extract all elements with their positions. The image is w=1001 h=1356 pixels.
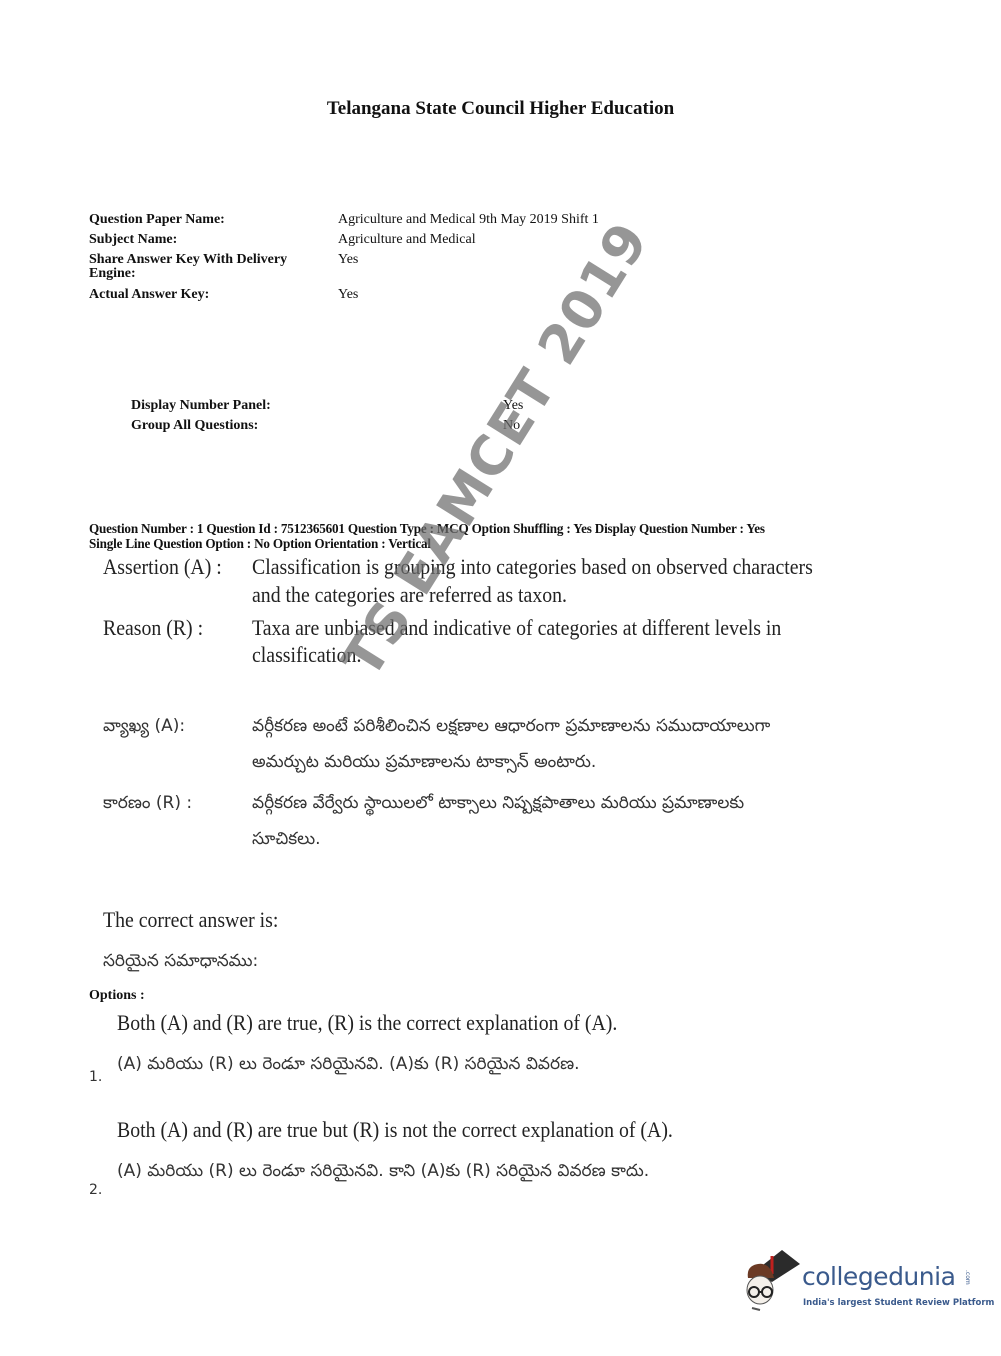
group-all-questions-label: Group All Questions: — [131, 418, 258, 433]
collegedunia-logo: collegedunia .com India's largest Studen… — [742, 1248, 972, 1318]
te-reason-label: కారణం (R) : — [103, 785, 192, 821]
share-answer-key-label-cont: Engine: — [89, 266, 136, 281]
assertion-label: Assertion (A) : — [103, 553, 222, 581]
reason-label: Reason (R) : — [103, 614, 203, 642]
te-assertion-line2: అమర్చుట మరియు ప్రమాణాలను టాక్సాన్ అంటారు… — [252, 744, 596, 780]
logo-tagline: India's largest Student Review Platform — [803, 1298, 994, 1308]
te-reason-line2: సూచికలు. — [252, 821, 321, 857]
share-answer-key-label: Share Answer Key With Delivery — [89, 252, 287, 267]
subject-name-value: Agriculture and Medical — [338, 232, 476, 247]
options-label: Options : — [89, 988, 145, 1004]
display-number-panel-label: Display Number Panel: — [131, 398, 271, 413]
subject-name-label: Subject Name: — [89, 232, 177, 247]
te-assertion-line1: వర్గీకరణ అంటే పరిశీలించిన లక్షణాల ఆధారంగ… — [252, 708, 770, 744]
actual-answer-key-value: Yes — [338, 287, 358, 302]
reason-line1: Taxa are unbiased and indicative of cate… — [252, 614, 781, 642]
te-reason-line1: వర్గీకరణ వేర్వేరు స్థాయిలలో టాక్సాలు నిష… — [252, 785, 744, 821]
prompt-te: సరియైన సమాధానము: — [103, 943, 258, 979]
share-answer-key-value: Yes — [338, 252, 358, 267]
logo-brand: collegedunia — [802, 1262, 955, 1291]
option-2-number: 2. — [89, 1182, 102, 1198]
option-2-text-en: Both (A) and (R) are true but (R) is not… — [117, 1117, 673, 1143]
option-1-text-en: Both (A) and (R) are true, (R) is the co… — [117, 1010, 617, 1036]
logo-suffix: .com — [964, 1270, 971, 1285]
paper-name-value: Agriculture and Medical 9th May 2019 Shi… — [338, 212, 599, 227]
te-assertion-label: వ్యాఖ్య (A): — [103, 708, 185, 744]
option-1-number: 1. — [89, 1069, 102, 1085]
paper-name-label: Question Paper Name: — [89, 212, 225, 227]
mascot-icon — [742, 1248, 802, 1318]
option-2-text-te: (A) మరియు (R) లు రెండూ సరియైనవి. కాని (A… — [117, 1153, 649, 1189]
assertion-line1: Classification is grouping into categori… — [252, 553, 813, 581]
actual-answer-key-label: Actual Answer Key: — [89, 287, 209, 302]
option-1-text-te: (A) మరియు (R) లు రెండూ సరియైనవి. (A)కు (… — [117, 1046, 580, 1082]
page-title: Telangana State Council Higher Education — [0, 98, 1001, 120]
prompt-en: The correct answer is: — [103, 906, 278, 934]
